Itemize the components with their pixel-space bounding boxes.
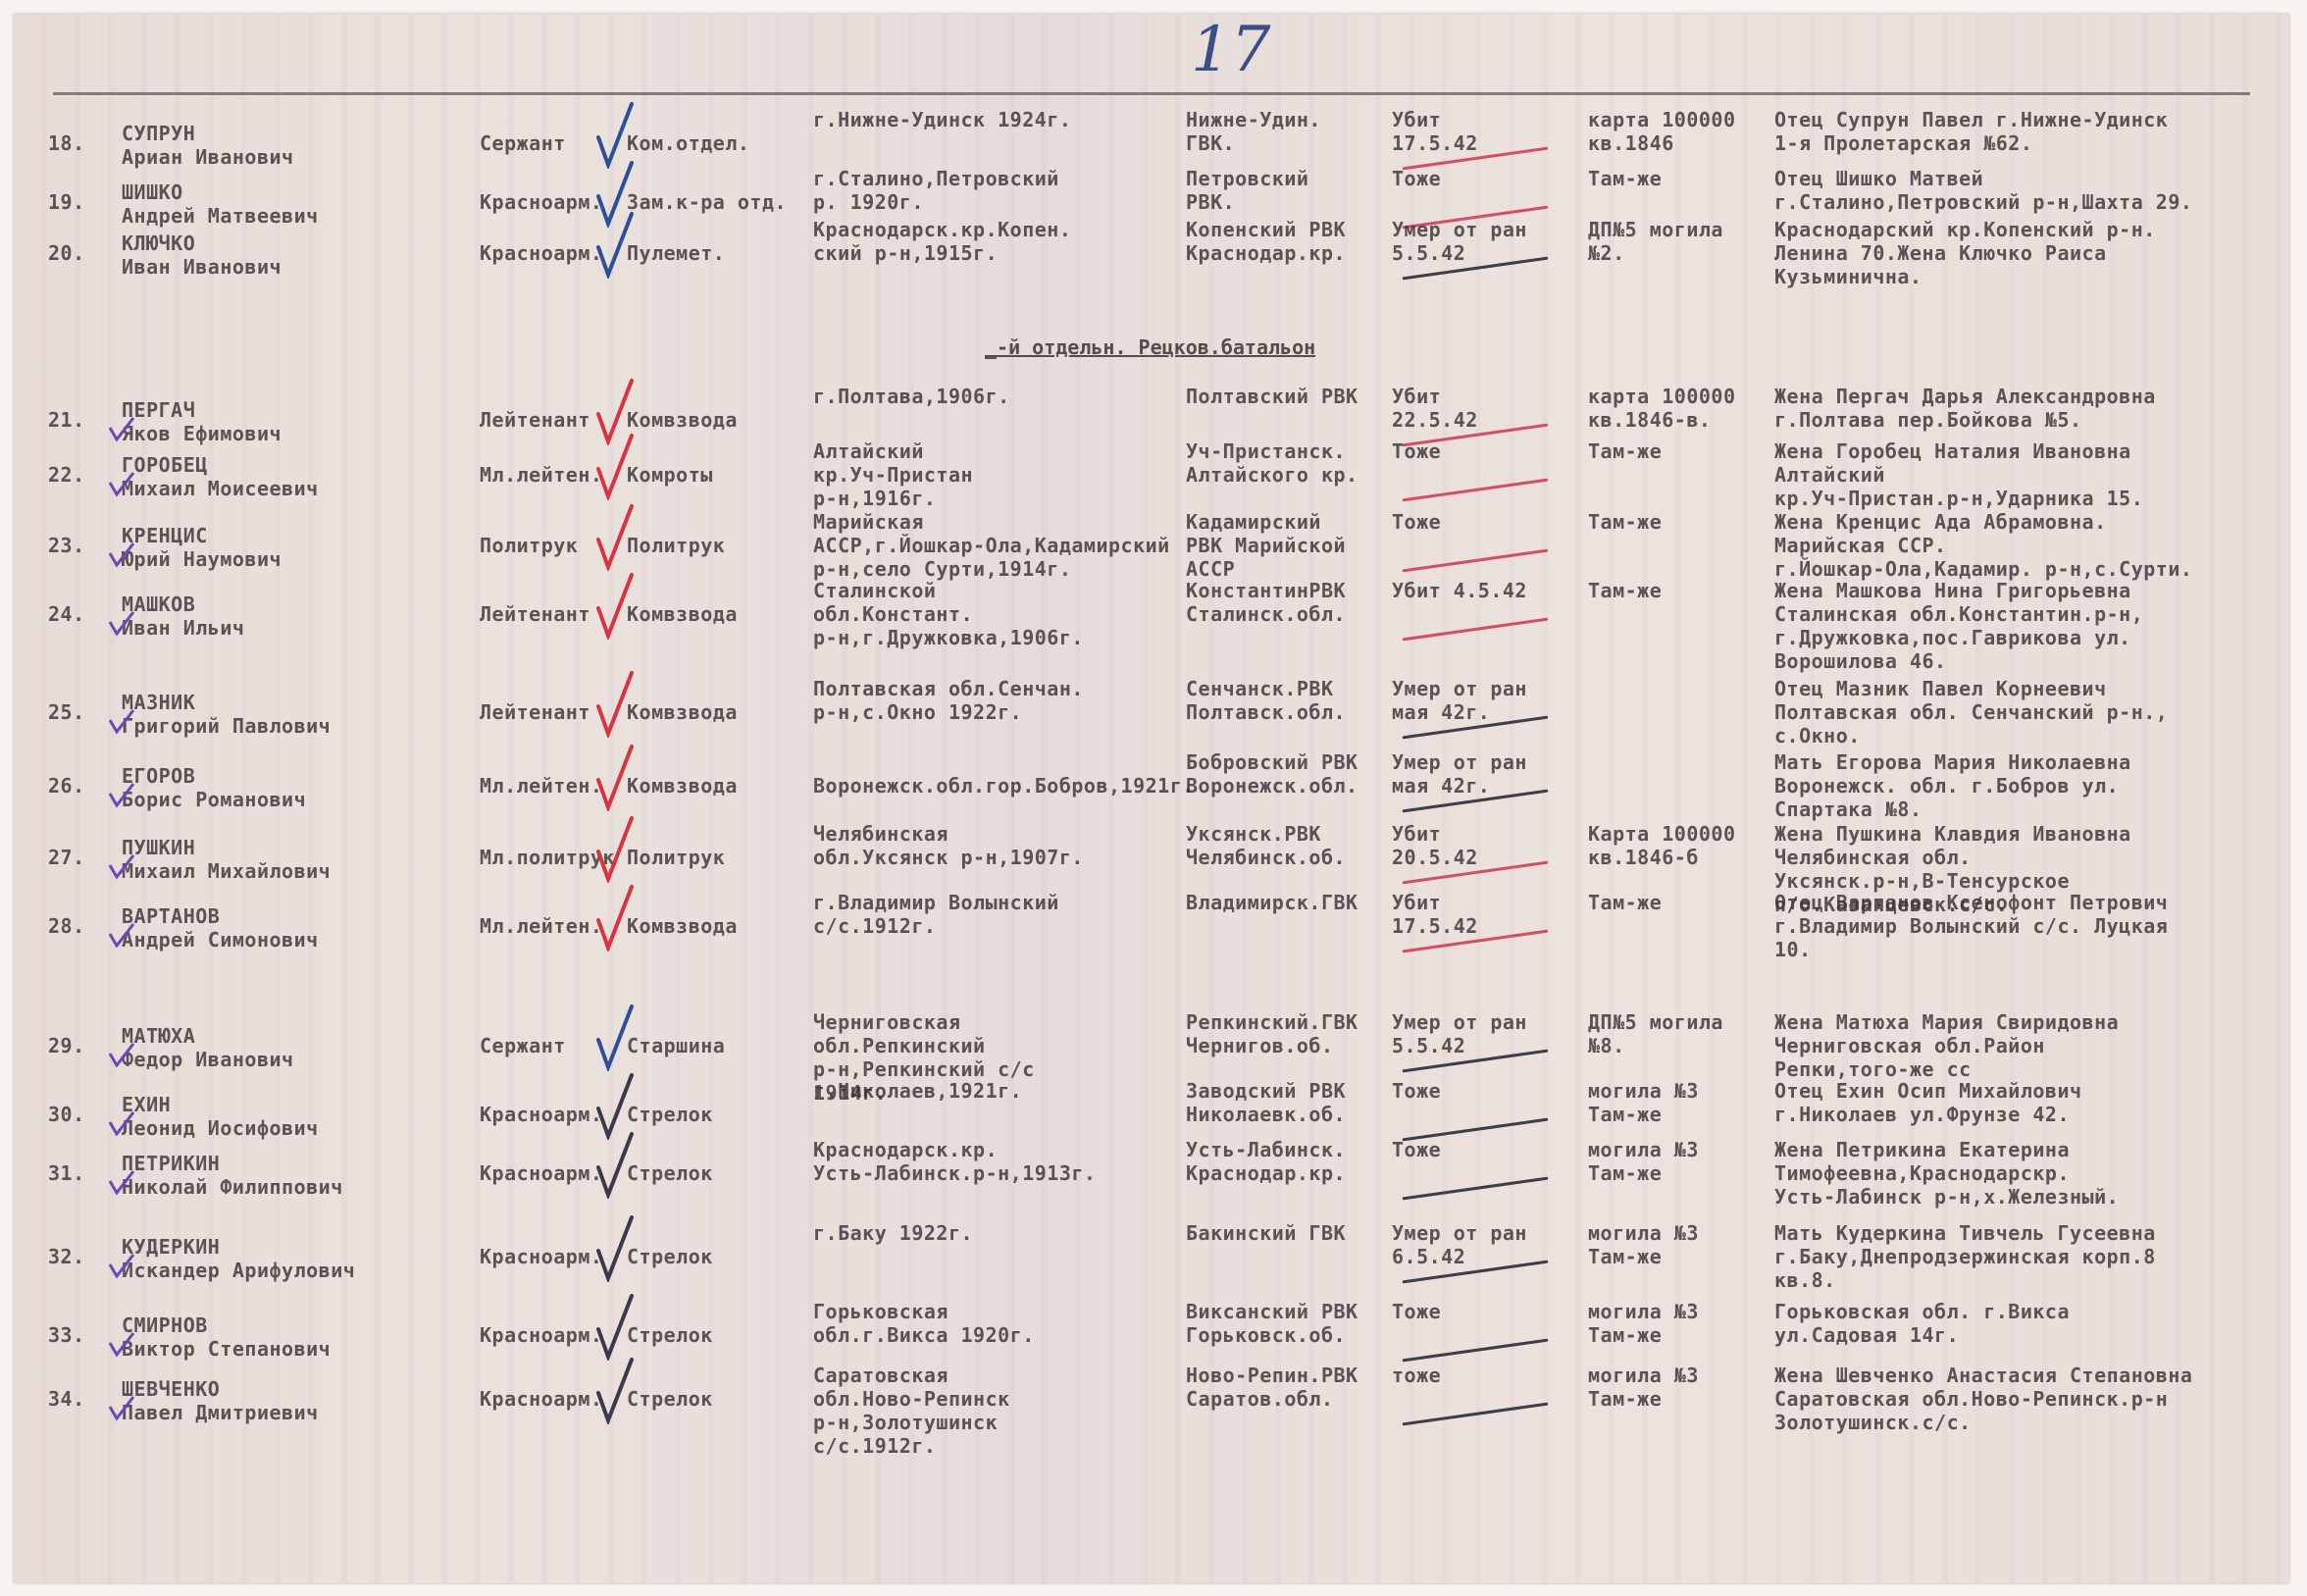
cell-birth: Саратовская обл.Ново-Репинск р-н,Золотуш… [813,1364,1010,1458]
cell-position: Комвзвода [627,700,738,724]
cell-name: Федор Иванович [122,1048,294,1071]
cell-name: Михаил Михайлович [122,859,331,883]
strike-mark [1403,549,1549,573]
checkmark-icon [594,502,634,571]
cell-surname: ШИШКО [122,180,183,204]
cell-birth: Челябинская обл.Уксянск р-н,1907г. [813,822,1084,869]
cell-birth: г.Сталино,Петровский р. 1920г. [813,167,1059,214]
checkmark-icon [594,743,634,811]
checkmark-icon [594,1292,634,1361]
checkmark-icon [594,1003,634,1071]
cell-num: 29. [48,1034,85,1057]
cell-relative: Жена Машкова Нина Григорьевна Сталинская… [1774,579,2143,673]
cell-rank: Мл.лейтен. [480,774,602,798]
cell-rvk: Бобровский РВК Воронежск.обл. [1186,750,1359,798]
cell-surname: КУДЕРКИН [122,1235,220,1259]
cell-relative: Отец Шишко Матвей г.Сталино,Петровский р… [1774,167,2192,214]
cell-position: Политрук [627,534,725,557]
cell-rank: Красноарм. [480,1245,602,1268]
cell-birth: г.Полтава,1906г. [813,385,1010,408]
cell-birth: Марийская АССР,г.Йошкар-Ола,Кадамирский … [813,510,1170,581]
cell-birth: г.Николаев,1921г. [813,1079,1022,1103]
cell-fate: Убит 17.5.42 [1392,891,1478,938]
checkmark-icon [594,571,634,640]
cell-rank: Лейтенант [480,602,590,626]
cell-rvk: КонстантинРВК Сталинск.обл. [1186,579,1346,626]
cell-rvk: Владимирск.ГВК [1186,891,1359,914]
cell-burial: могила №3 Там-же [1588,1079,1699,1126]
cell-burial: могила №3 Там-же [1588,1138,1699,1185]
cell-rvk: Репкинский.ГВК Чернигов.об. [1186,1010,1359,1057]
cell-burial: ДП№5 могила №2. [1588,218,1723,265]
cell-fate: Тоже [1392,1300,1441,1323]
header-rule [53,92,2250,95]
checkmark-icon [594,883,634,952]
cell-position: Зам.к-ра отд. [627,190,787,214]
violet-check-icon [107,608,136,638]
cell-birth: Сталинской обл.Констант. р-н,г.Дружковка… [813,579,1084,649]
cell-rvk: Ново-Репин.РВК Саратов.обл. [1186,1364,1359,1411]
cell-fate: Тоже [1392,439,1441,463]
cell-rank: Мл.лейтен. [480,914,602,938]
cell-fate: Тоже [1392,167,1441,190]
cell-num: 33. [48,1323,85,1347]
cell-name: Борис Романович [122,788,306,811]
violet-check-icon [107,1108,136,1138]
violet-check-icon [107,920,136,950]
cell-birth: Алтайский кр.Уч-Пристан р-н,1916г. [813,439,973,510]
cell-burial: ДП№5 могила №8. [1588,1010,1723,1057]
cell-rank: Красноарм. [480,190,602,214]
violet-check-icon [107,469,136,498]
strike-mark [1403,1403,1549,1426]
checkmark-icon [594,1356,634,1424]
cell-position: Комвзвода [627,914,738,938]
cell-rvk: Полтавский РВК [1186,385,1359,408]
cell-rank: Лейтенант [480,700,590,724]
cell-relative: Жена Горобец Наталия Ивановна Алтайский … [1774,439,2143,510]
cell-rank: Красноарм. [480,1323,602,1347]
cell-relative: Горьковская обл. г.Викса ул.Садовая 14г. [1774,1300,2070,1347]
cell-rank: Красноарм. [480,1387,602,1411]
violet-check-icon [107,1040,136,1069]
violet-check-icon [107,851,136,881]
cell-name: Ариан Иванович [122,145,294,169]
strike-mark [1403,618,1549,642]
cell-num: 34. [48,1387,85,1411]
cell-num: 22. [48,463,85,487]
cell-position: Комвзвода [627,602,738,626]
cell-relative: Жена Петрикина Екатерина Тимофеевна,Крас… [1774,1138,2119,1209]
cell-rvk: Кадамирский РВК Марийской АССР [1186,510,1346,581]
cell-name: Яков Ефимович [122,422,282,445]
cell-relative: Отец Вартанов Ксенофонт Петрович г.Влади… [1774,891,2168,961]
violet-check-icon [107,1329,136,1359]
cell-fate: тоже [1392,1364,1441,1387]
cell-birth: г.Баку 1922г. [813,1221,973,1245]
cell-rvk: Уч-Пристанск. Алтайского кр. [1186,439,1359,487]
cell-num: 23. [48,534,85,557]
cell-position: Стрелок [627,1323,713,1347]
cell-relative: Краснодарский кр.Копенский р-н. Ленина 7… [1774,218,2156,288]
violet-check-icon [107,1167,136,1197]
cell-burial: Там-же [1588,579,1662,602]
cell-name: Искандер Арифулович [122,1259,355,1282]
cell-relative: Жена Шевченко Анастасия Степановна Сарат… [1774,1364,2192,1434]
cell-rank: Лейтенант [480,408,590,432]
cell-num: 24. [48,602,85,626]
cell-position: Ком.отдел. [627,131,749,155]
cell-birth: Краснодарск.кр. Усть-Лабинск.р-н,1913г. [813,1138,1096,1185]
cell-num: 31. [48,1161,85,1185]
cell-fate: Убит 22.5.42 [1392,385,1478,432]
cell-position: Политрук [627,846,725,869]
cell-rank: Мл.лейтен. [480,463,602,487]
cell-fate: Убит 20.5.42 [1392,822,1478,869]
cell-fate: Тоже [1392,1138,1441,1161]
cell-birth: Полтавская обл.Сенчан. р-н,с.Окно 1922г. [813,677,1084,724]
cell-relative: Мать Кудеркина Тивчель Гусеевна г.Баку,Д… [1774,1221,2156,1292]
violet-check-icon [107,540,136,569]
cell-rvk: Нижне-Удин. ГВК. [1186,108,1321,155]
cell-fate: Убит 4.5.42 [1392,579,1527,602]
cell-position: Пулемет. [627,241,725,265]
cell-num: 20. [48,241,85,265]
cell-num: 25. [48,700,85,724]
cell-relative: Жена Кренцис Ада Абрамовна. Марийская СС… [1774,510,2192,581]
cell-rvk: Заводский РВК Николаевк.об. [1186,1079,1346,1126]
cell-position: Стрелок [627,1245,713,1268]
cell-birth: г.Владимир Волынский с/с.1912г. [813,891,1059,938]
cell-rvk: Петровский РВК. [1186,167,1308,214]
checkmark-icon [594,210,634,279]
cell-relative: Жена Матюха Мария Свиридовна Черниговска… [1774,1010,2119,1081]
cell-name: Андрей Матвеевич [122,204,319,228]
strike-mark [1403,1339,1549,1363]
cell-burial: могила №3 Там-же [1588,1300,1699,1347]
page-number-handwritten: 17 [1191,14,1270,86]
cell-name: Павел Дмитриевич [122,1401,319,1424]
cell-burial: могила №3 Там-же [1588,1221,1699,1268]
cell-burial: Там-же [1588,167,1662,190]
cell-fate: Тоже [1392,510,1441,534]
checkmark-icon [594,1213,634,1282]
violet-check-icon [107,706,136,736]
cell-position: Старшина [627,1034,725,1057]
cell-surname: ПЕТРИКИН [122,1152,220,1175]
cell-relative: Жена Пергач Дарья Александровна г.Полтав… [1774,385,2156,432]
cell-name: Николай Филиппович [122,1175,343,1199]
cell-burial: Там-же [1588,891,1662,914]
cell-num: 19. [48,190,85,214]
cell-num: 26. [48,774,85,798]
cell-position: Комроты [627,463,713,487]
cell-surname: КЛЮЧКО [122,232,195,255]
cell-surname: ВАРТАНОВ [122,904,220,928]
cell-name: Леонид Иосифович [122,1116,319,1140]
cell-fate: Умер от ран 5.5.42 [1392,218,1527,265]
cell-fate: Умер от ран мая 42г. [1392,677,1527,724]
cell-rvk: Копенский РВК Краснодар.кр. [1186,218,1346,265]
cell-fate: Тоже [1392,1079,1441,1103]
cell-name: Иван Ильич [122,616,244,640]
strike-mark [1403,1177,1549,1201]
cell-rank: Красноарм. [480,241,602,265]
cell-rvk: Усть-Лабинск. Краснодар.кр. [1186,1138,1346,1185]
cell-name: Михаил Моисеевич [122,477,319,500]
cell-rvk: Сенчанск.РВК Полтавск.обл. [1186,677,1346,724]
cell-surname: ШЕВЧЕНКО [122,1377,220,1401]
cell-rvk: Виксанский РВК Горьковск.об. [1186,1300,1359,1347]
cell-burial: Там-же [1588,439,1662,463]
cell-rank: Красноарм. [480,1161,602,1185]
checkmark-icon [594,814,634,883]
cell-num: 21. [48,408,85,432]
cell-name: Иван Иванович [122,255,282,279]
cell-position: Комвзвода [627,408,738,432]
cell-num: 28. [48,914,85,938]
cell-burial: карта 100000 кв.1846-в. [1588,385,1736,432]
cell-rank: Сержант [480,1034,566,1057]
cell-name: Григорий Павлович [122,714,331,738]
violet-check-icon [107,1393,136,1422]
cell-relative: Отец Ехин Осип Михайлович г.Николаев ул.… [1774,1079,2082,1126]
cell-birth: Воронежск.обл.гор.Бобров,1921г. [813,750,1195,798]
cell-num: 18. [48,131,85,155]
checkmark-icon [594,1130,634,1199]
cell-rank: Сержант [480,131,566,155]
checkmark-icon [594,669,634,738]
cell-relative: Отец Мазник Павел Корнеевич Полтавская о… [1774,677,2168,747]
strike-mark [1403,479,1549,502]
cell-birth: Краснодарск.кр.Копен. ский р-н,1915г. [813,218,1071,265]
cell-num: 30. [48,1103,85,1126]
violet-check-icon [107,414,136,443]
document-sheet: 17 _-й отдельн. Рецков.батальон 18.СУПРУ… [14,14,2289,1583]
cell-position: Стрелок [627,1387,713,1411]
cell-burial: карта 100000 кв.1846 [1588,108,1736,155]
cell-birth: г.Нижне-Удинск 1924г. [813,108,1071,131]
violet-check-icon [107,780,136,809]
cell-relative: Отец Супрун Павел г.Нижне-Удинск 1-я Про… [1774,108,2168,155]
cell-rank: Красноарм. [480,1103,602,1126]
cell-fate: Убит 17.5.42 [1392,108,1478,155]
cell-position: Комвзвода [627,774,738,798]
cell-rvk: Уксянск.РВК Челябинск.об. [1186,822,1346,869]
cell-name: Юрий Наумович [122,547,282,571]
cell-position: Стрелок [627,1161,713,1185]
cell-surname: СУПРУН [122,122,195,145]
cell-name: Андрей Симонович [122,928,319,952]
cell-fate: Умер от ран 6.5.42 [1392,1221,1527,1268]
cell-burial: могила №3 Там-же [1588,1364,1699,1411]
cell-fate: Умер от ран мая 42г. [1392,750,1527,798]
section-heading: _-й отдельн. Рецков.батальон [985,335,1315,359]
cell-birth: Горьковская обл.г.Викса 1920г. [813,1300,1035,1347]
cell-position: Стрелок [627,1103,713,1126]
cell-burial: Там-же [1588,510,1662,534]
cell-burial: Карта 100000 кв.1846-б [1588,822,1736,869]
cell-num: 32. [48,1245,85,1268]
checkmark-icon [594,432,634,500]
cell-num: 27. [48,846,85,869]
cell-fate: Умер от ран 5.5.42 [1392,1010,1527,1057]
cell-rvk: Бакинский ГВК [1186,1221,1346,1245]
cell-relative: Мать Егорова Мария Николаевна Воронежск.… [1774,750,2131,821]
cell-name: Виктор Степанович [122,1337,331,1361]
cell-rank: Политрук [480,534,578,557]
violet-check-icon [107,1251,136,1280]
